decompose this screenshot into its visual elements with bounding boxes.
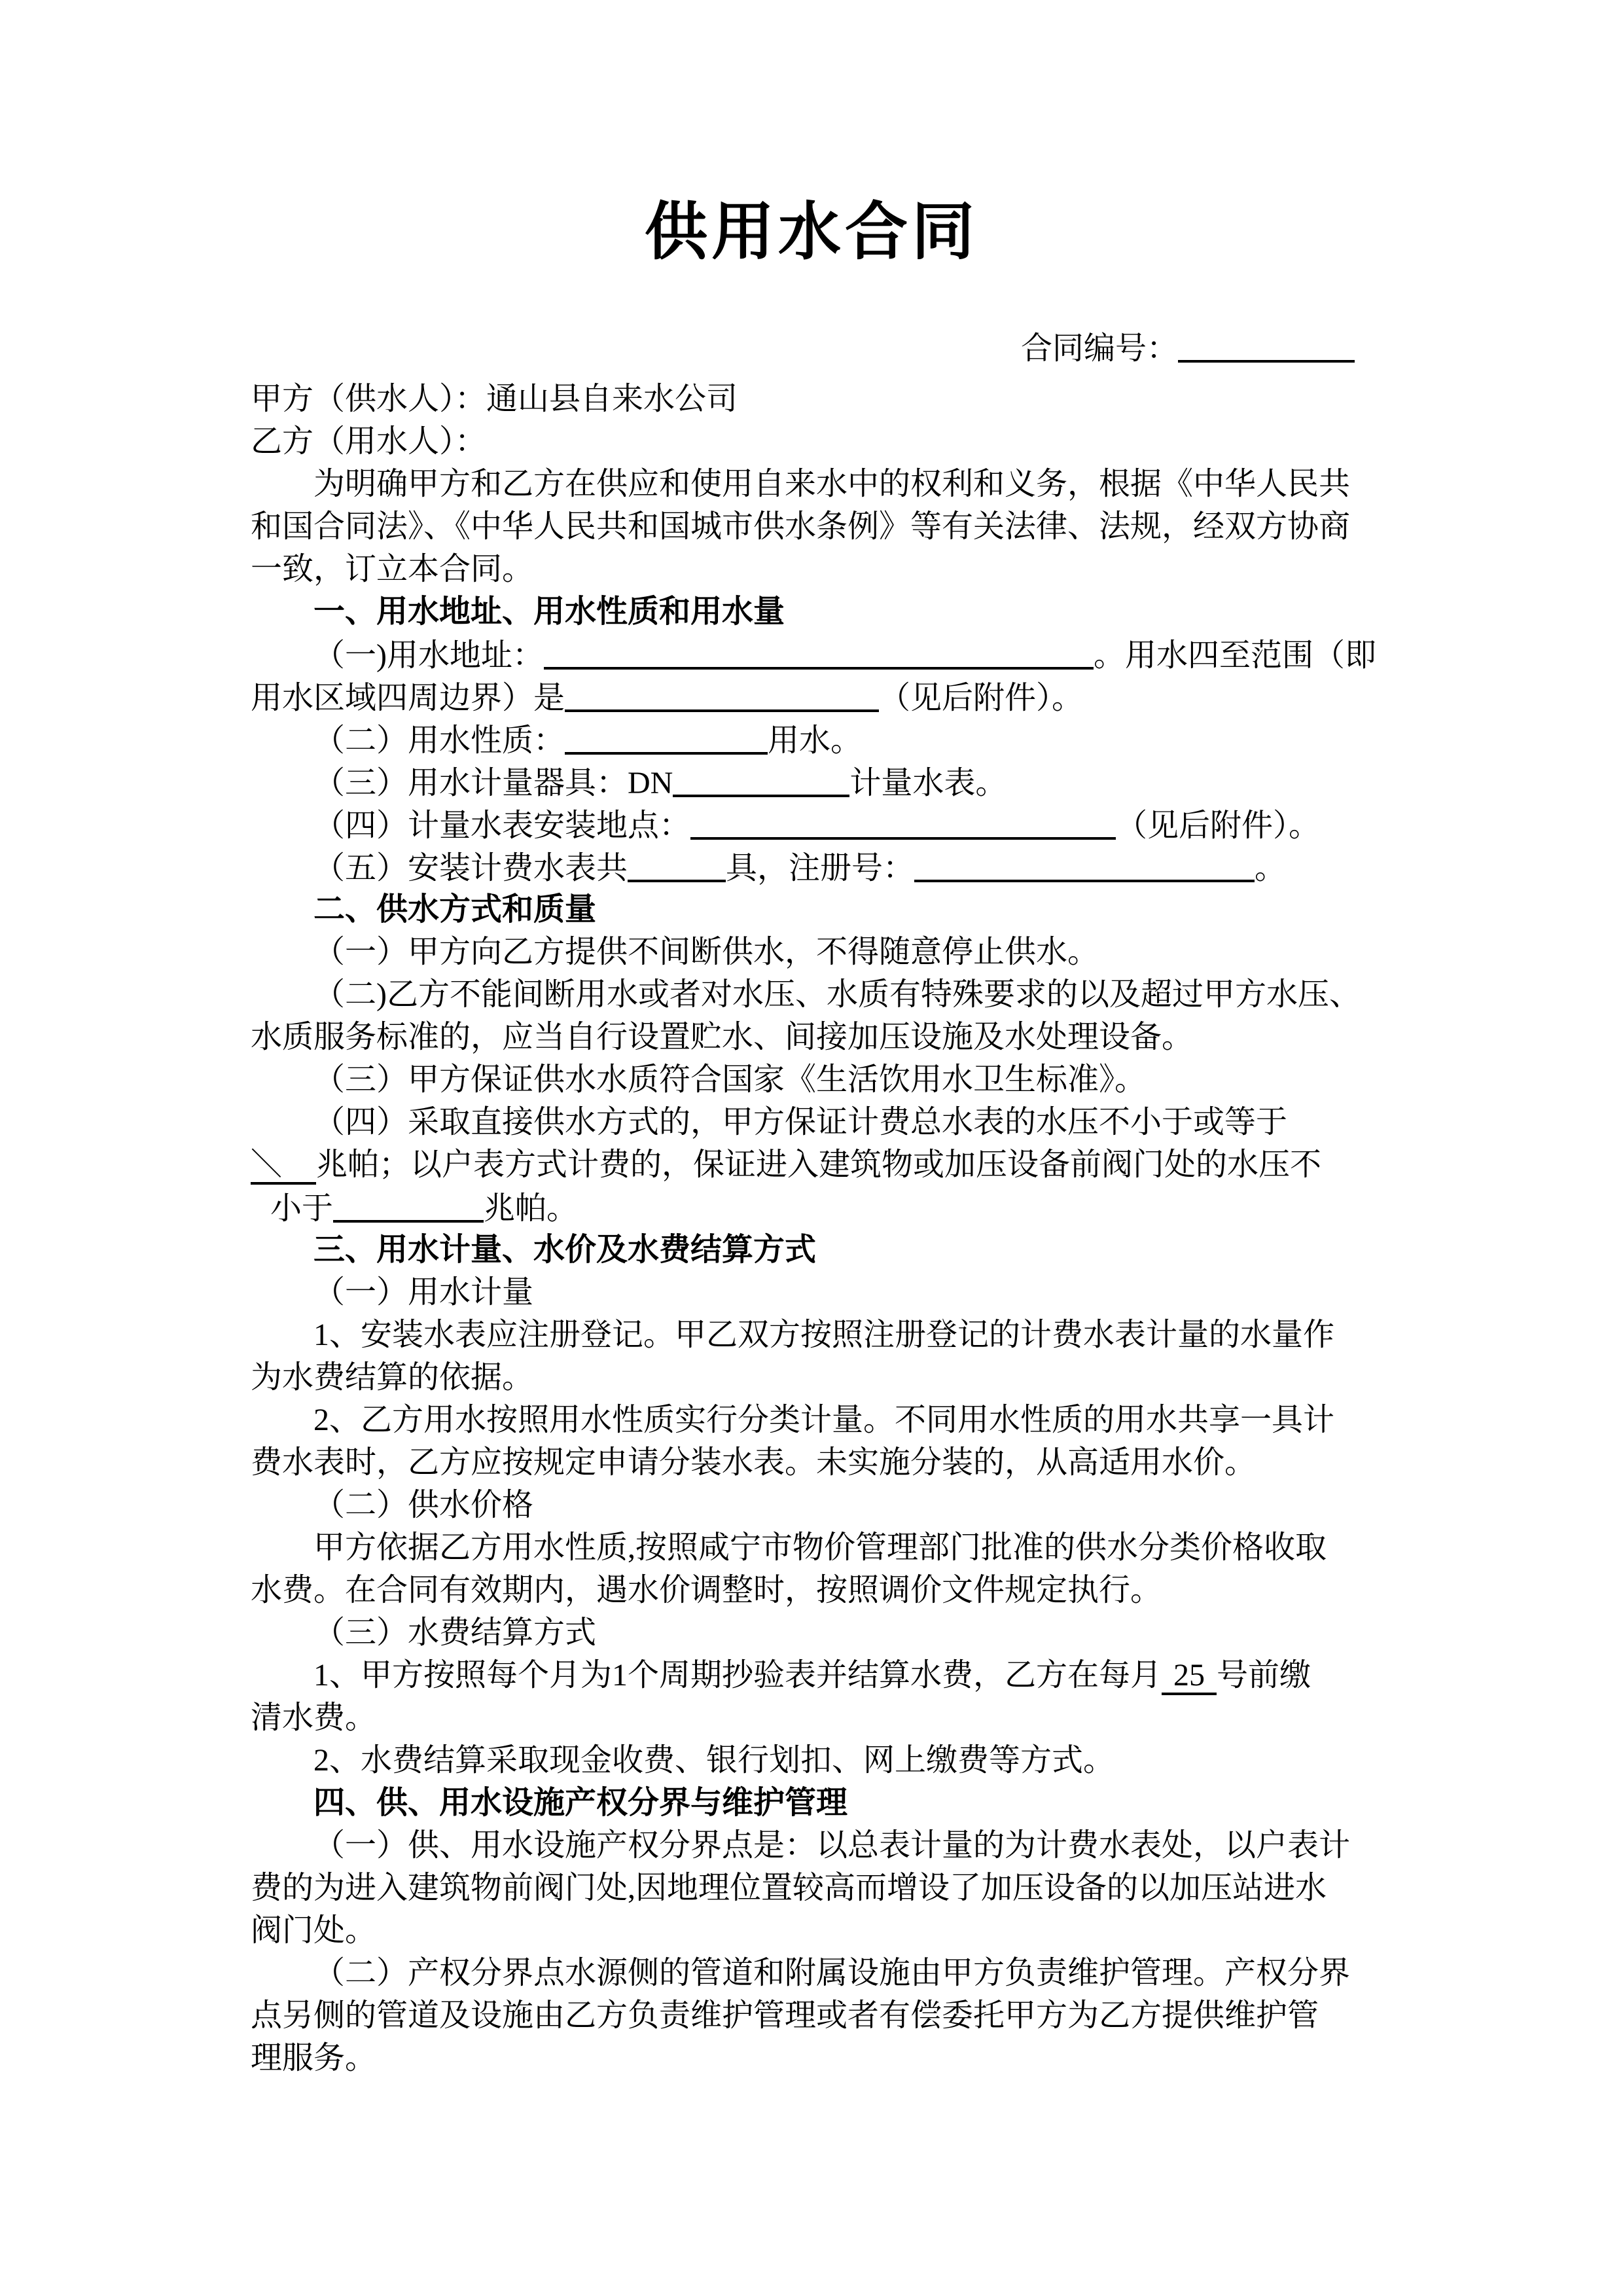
water-use-address-field[interactable]	[544, 633, 1094, 670]
section-4-heading: 四、供、用水设施产权分界与维护管理	[251, 1782, 1389, 1824]
clause-2-2-line-2: 水质服务标准的，应当自行设置贮水、间接加压设施及水处理设备。	[251, 1016, 1389, 1058]
text-run: 1、安装水表应注册登记。甲乙双方按照注册登记的计费水表计量的水量作	[313, 1318, 1334, 1352]
clause-3-1-1-line-2: 为水费结算的依据。	[251, 1356, 1389, 1399]
document-body: 合同编号：甲方（供水人）：通山县自来水公司乙方（用水人）：为明确甲方和乙方在供应…	[251, 326, 1389, 2079]
clause-2-3: （三）甲方保证供水水质符合国家《生活饮用水卫生标准》。	[251, 1058, 1389, 1101]
contract-number-field[interactable]	[1178, 326, 1355, 363]
text-run: （五）安装计费水表共	[313, 851, 628, 886]
clause-2-4-line-3: 小于兆帕。	[251, 1186, 1389, 1229]
text-run: 水质服务标准的，应当自行设置贮水、间接加压设施及水处理设备。	[251, 1020, 1193, 1054]
text-run: （一）甲方向乙方提供不间断供水，不得随意停止供水。	[313, 935, 1099, 969]
meter-count-field[interactable]	[628, 846, 726, 882]
text-run: （一)用水地址：	[313, 638, 544, 673]
text-run: 甲方依据乙方用水性质,按照咸宁市物价管理部门批准的供水分类价格收取	[313, 1530, 1327, 1565]
clause-2-4-line-1: （四）采取直接供水方式的，甲方保证计费总水表的水压不小于或等于	[251, 1101, 1389, 1143]
clause-4-2-line-2: 点另侧的管道及设施由乙方负责维护管理或者有偿委托甲方为乙方提供维护管	[251, 1994, 1389, 2037]
section-2-heading: 二、供水方式和质量	[251, 888, 1389, 931]
text-run: 理服务。	[251, 2041, 376, 2075]
preamble-line-3: 一致，订立本合同。	[251, 548, 1389, 590]
meter-location-field[interactable]	[690, 803, 1116, 840]
text-run: （二）供水价格	[313, 1488, 533, 1522]
boundary-field[interactable]	[565, 675, 879, 712]
text-run: 一致，订立本合同。	[251, 552, 533, 586]
text-run: 合同编号：	[1021, 331, 1178, 366]
document-title: 供用水合同	[0, 193, 1623, 272]
clause-2-2-line-1: （二)乙方不能间断用水或者对水压、水质有特殊要求的以及超过甲方水压、	[251, 973, 1389, 1016]
clause-1-2: （二）用水性质：用水。	[251, 718, 1389, 761]
text-run: （三）甲方保证供水水质符合国家《生活饮用水卫生标准》。	[313, 1062, 1146, 1097]
text-run: 1、甲方按照每个月为1个周期抄验表并结算水费，乙方在每月	[313, 1658, 1162, 1693]
clause-4-1-line-3: 阀门处。	[251, 1909, 1389, 1952]
text-run: 费的为进入建筑物前阀门处,因地理位置较高而增设了加压设备的以加压站进水	[251, 1871, 1327, 1905]
clause-4-2-line-1: （二）产权分界点水源侧的管道和附属设施由甲方负责维护管理。产权分界	[251, 1952, 1389, 1994]
text-run: 具，注册号：	[726, 851, 914, 886]
text-run: 计量水表。	[849, 766, 1007, 800]
text-run: 小于	[270, 1191, 333, 1226]
text-run: 清水费。	[251, 1700, 376, 1735]
clause-3-3-2: 2、水费结算采取现金收费、银行划扣、网上缴费等方式。	[251, 1739, 1389, 1782]
text-run: 和国合同法》、《中华人民共和国城市供水条例》等有关法律、法规，经双方协商	[251, 509, 1350, 544]
text-run: 费水表时，乙方应按规定申请分装水表。未实施分装的，从高适用水价。	[251, 1445, 1256, 1480]
clause-2-1: （一）甲方向乙方提供不间断供水，不得随意停止供水。	[251, 931, 1389, 973]
text-run: （二）产权分界点水源侧的管道和附属设施由甲方负责维护管理。产权分界	[313, 1956, 1350, 1990]
text-run: 用水。	[768, 723, 862, 758]
text-run: 为明确甲方和乙方在供应和使用自来水中的权利和义务，根据《中华人民共	[313, 467, 1350, 501]
water-use-nature-field[interactable]	[565, 718, 768, 755]
text-run: （见后附件）。	[879, 681, 1083, 715]
text-run: 二、供水方式和质量	[313, 892, 596, 927]
preamble-line-1: 为明确甲方和乙方在供应和使用自来水中的权利和义务，根据《中华人民共	[251, 463, 1389, 505]
household-pressure-field[interactable]	[333, 1186, 484, 1223]
text-run: 兆帕；以户表方式计费的，保证进入建筑物或加压设备前阀门处的水压不	[316, 1147, 1321, 1182]
text-run: （见后附件）。	[1116, 808, 1320, 843]
clause-3-3-heading: （三）水费结算方式	[251, 1611, 1389, 1654]
contract-no-line: 合同编号：	[251, 326, 1389, 368]
text-run: 阀门处。	[251, 1913, 376, 1948]
party-b-line: 乙方（用水人）：	[251, 420, 1389, 463]
text-run: 用水区域四周边界）是	[251, 681, 565, 715]
clause-4-1-line-2: 费的为进入建筑物前阀门处,因地理位置较高而增设了加压设备的以加压站进水	[251, 1867, 1389, 1909]
text-run: 点另侧的管道及设施由乙方负责维护管理或者有偿委托甲方为乙方提供维护管	[251, 1998, 1319, 2033]
text-run: 兆帕。	[484, 1191, 578, 1226]
clause-3-3-1-line-1: 1、甲方按照每个月为1个周期抄验表并结算水费，乙方在每月 25 号前缴	[251, 1654, 1389, 1696]
preamble-line-2: 和国合同法》、《中华人民共和国城市供水条例》等有关法律、法规，经双方协商	[251, 505, 1389, 548]
text-run: （三）用水计量器具：DN	[313, 766, 673, 800]
payment-day-value: 25	[1162, 1658, 1217, 1695]
text-run: 号前缴	[1217, 1658, 1311, 1693]
clause-3-2-line-1: 甲方依据乙方用水性质,按照咸宁市物价管理部门批准的供水分类价格收取	[251, 1526, 1389, 1569]
clause-4-2-line-3: 理服务。	[251, 2037, 1389, 2079]
text-run: （四）采取直接供水方式的，甲方保证计费总水表的水压不小于或等于	[313, 1105, 1287, 1139]
clause-1-1-line-1: （一)用水地址：。用水四至范围（即	[251, 633, 1389, 675]
registration-number-field[interactable]	[914, 846, 1255, 882]
contract-page: 供用水合同 合同编号：甲方（供水人）：通山县自来水公司乙方（用水人）：为明确甲方…	[0, 0, 1623, 2296]
text-run: 水费。在合同有效期内，遇水价调整时，按照调价文件规定执行。	[251, 1573, 1162, 1607]
text-run: （一）用水计量	[313, 1275, 533, 1310]
text-run: 乙方（用水人）：	[251, 424, 486, 459]
text-run: （二）用水性质：	[313, 723, 565, 758]
meter-dn-field[interactable]	[673, 761, 849, 797]
clause-3-3-1-line-2: 清水费。	[251, 1696, 1389, 1739]
text-run: （四）计量水表安装地点：	[313, 808, 690, 843]
text-run: （二)乙方不能间断用水或者对水压、水质有特殊要求的以及超过甲方水压、	[313, 977, 1361, 1012]
text-run: （一）供、用水设施产权分界点是：以总表计量的为计费水表处，以户表计	[313, 1828, 1350, 1863]
text-run: 。	[1255, 851, 1286, 886]
party-a-line: 甲方（供水人）：通山县自来水公司	[251, 378, 1389, 420]
clause-3-1-2-line-1: 2、乙方用水按照用水性质实行分类计量。不同用水性质的用水共享一具计	[251, 1399, 1389, 1441]
clause-3-2-line-2: 水费。在合同有效期内，遇水价调整时，按照调价文件规定执行。	[251, 1569, 1389, 1611]
clause-2-4-line-2: ＼兆帕；以户表方式计费的，保证进入建筑物或加压设备前阀门处的水压不	[251, 1143, 1389, 1186]
clause-3-1-2-line-2: 费水表时，乙方应按规定申请分装水表。未实施分装的，从高适用水价。	[251, 1441, 1389, 1484]
clause-4-1-line-1: （一）供、用水设施产权分界点是：以总表计量的为计费水表处，以户表计	[251, 1824, 1389, 1867]
main-meter-pressure-field[interactable]: ＼	[251, 1148, 316, 1185]
clause-3-1-1-line-1: 1、安装水表应注册登记。甲乙双方按照注册登记的计费水表计量的水量作	[251, 1314, 1389, 1356]
text-run: 甲方（供水人）：通山县自来水公司	[251, 382, 738, 416]
text-run: （三）水费结算方式	[313, 1615, 596, 1650]
text-run: 。用水四至范围（即	[1094, 638, 1376, 673]
text-run: 三、用水计量、水价及水费结算方式	[313, 1232, 816, 1267]
text-run: 2、水费结算采取现金收费、银行划扣、网上缴费等方式。	[313, 1743, 1115, 1778]
section-1-heading: 一、用水地址、用水性质和用水量	[251, 590, 1389, 633]
text-run: 一、用水地址、用水性质和用水量	[313, 594, 785, 629]
clause-1-1-line-2: 用水区域四周边界）是（见后附件）。	[251, 675, 1389, 718]
clause-1-5: （五）安装计费水表共具，注册号：。	[251, 846, 1389, 888]
text-run: 为水费结算的依据。	[251, 1360, 533, 1395]
text-run: 四、供、用水设施产权分界与维护管理	[313, 1785, 847, 1820]
clause-1-3: （三）用水计量器具：DN计量水表。	[251, 761, 1389, 803]
clause-3-1-heading: （一）用水计量	[251, 1271, 1389, 1314]
clause-3-2-heading: （二）供水价格	[251, 1484, 1389, 1526]
clause-1-4: （四）计量水表安装地点：（见后附件）。	[251, 803, 1389, 846]
section-3-heading: 三、用水计量、水价及水费结算方式	[251, 1229, 1389, 1271]
text-run: 2、乙方用水按照用水性质实行分类计量。不同用水性质的用水共享一具计	[313, 1403, 1334, 1437]
